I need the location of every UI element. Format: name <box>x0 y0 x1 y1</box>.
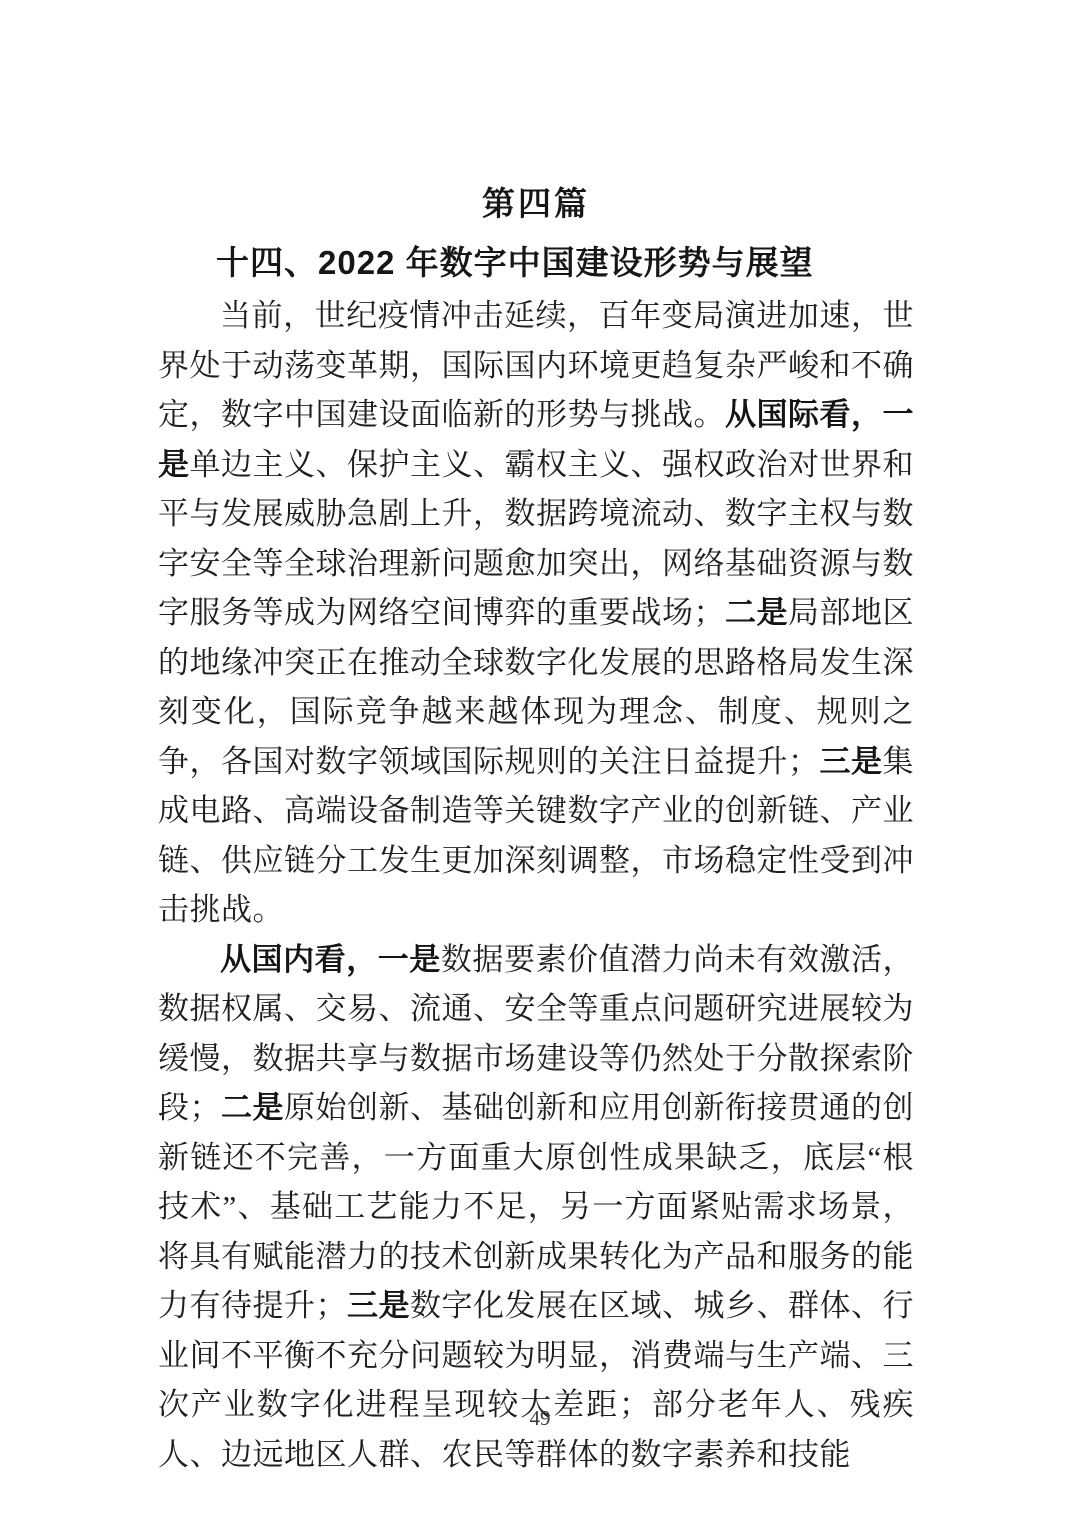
section-heading: 十四、2022 年数字中国建设形势与展望 <box>158 243 914 283</box>
page-number: 49 <box>0 1406 1080 1431</box>
emphasis-run: 三是 <box>347 1288 410 1323</box>
emphasis-run: 从国内看，一是 <box>220 942 441 977</box>
body-text: 当前，世纪疫情冲击延续，百年变局演进加速，世界处于动荡变革期，国际国内环境更趋复… <box>158 291 914 1479</box>
para-domestic-situation: 从国内看，一是数据要素价值潜力尚未有效激活，数据权属、交易、流通、安全等重点问题… <box>158 935 914 1480</box>
emphasis-run: 二是 <box>221 1090 284 1125</box>
part-title: 第四篇 <box>158 186 914 222</box>
para-international-situation: 当前，世纪疫情冲击延续，百年变局演进加速，世界处于动荡变革期，国际国内环境更趋复… <box>158 291 914 935</box>
emphasis-run: 三是 <box>820 744 883 779</box>
emphasis-run: 二是 <box>725 595 788 630</box>
document-page: 第四篇 十四、2022 年数字中国建设形势与展望 当前，世纪疫情冲击延续，百年变… <box>0 0 1080 1527</box>
